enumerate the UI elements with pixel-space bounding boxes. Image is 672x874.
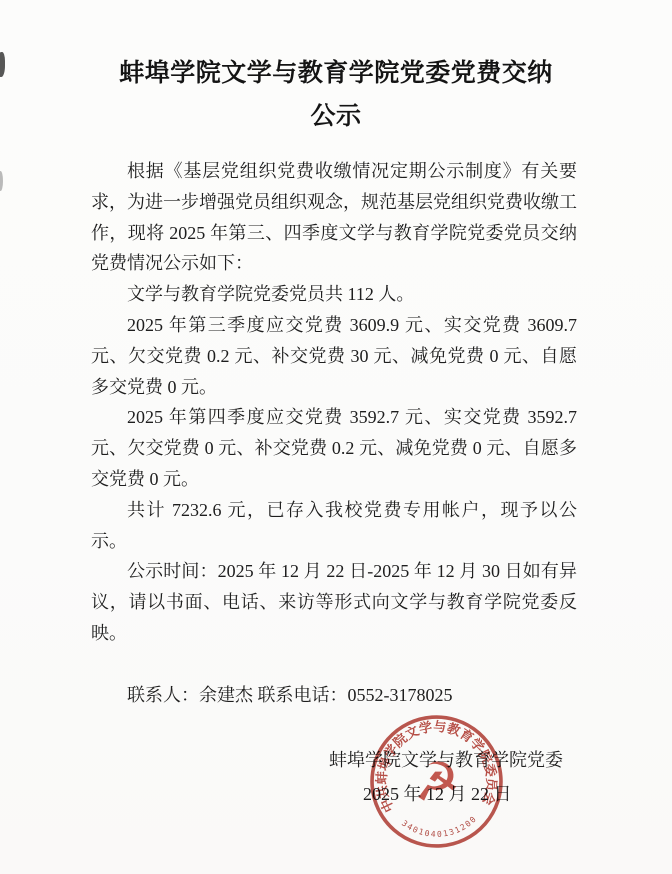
hammer-sickle-icon: ☭ <box>411 750 462 814</box>
paragraph-member-count: 文学与教育学院党委党员共 112 人。 <box>91 279 577 310</box>
paragraph-notice-period: 公示时间：2025 年 12 月 22 日-2025 年 12 月 30 日如有… <box>91 556 577 648</box>
page-title-line1: 蚌埠学院文学与教育学院党委党费交纳 <box>0 52 672 95</box>
contact-line: 联系人：余建杰 联系电话：0552-3178025 <box>91 680 577 711</box>
paragraph-q3-fees: 2025 年第三季度应交党费 3609.9 元、实交党费 3609.7 元、欠交… <box>91 310 577 402</box>
document-body: 根据《基层党组织党费收缴情况定期公示制度》有关要求，为进一步增强党员组织观念，规… <box>91 156 577 711</box>
official-seal: 中共蚌埠学院文学与教育学院委员会 ☭ 3401040131200 <box>361 706 511 856</box>
page-title: 蚌埠学院文学与教育学院党委党费交纳 公示 <box>0 52 672 138</box>
document-page: 蚌埠学院文学与教育学院党委党费交纳 公示 根据《基层党组织党费收缴情况定期公示制… <box>0 0 672 874</box>
paragraph-total: 共计 7232.6 元，已存入我校党费专用帐户，现予以公示。 <box>91 495 577 557</box>
paragraph-intro: 根据《基层党组织党费收缴情况定期公示制度》有关要求，为进一步增强党员组织观念，规… <box>91 156 577 279</box>
scan-smudge-artifact <box>0 171 3 191</box>
page-title-line2: 公示 <box>0 95 672 138</box>
paragraph-q4-fees: 2025 年第四季度应交党费 3592.7 元、实交党费 3592.7 元、欠交… <box>91 402 577 494</box>
